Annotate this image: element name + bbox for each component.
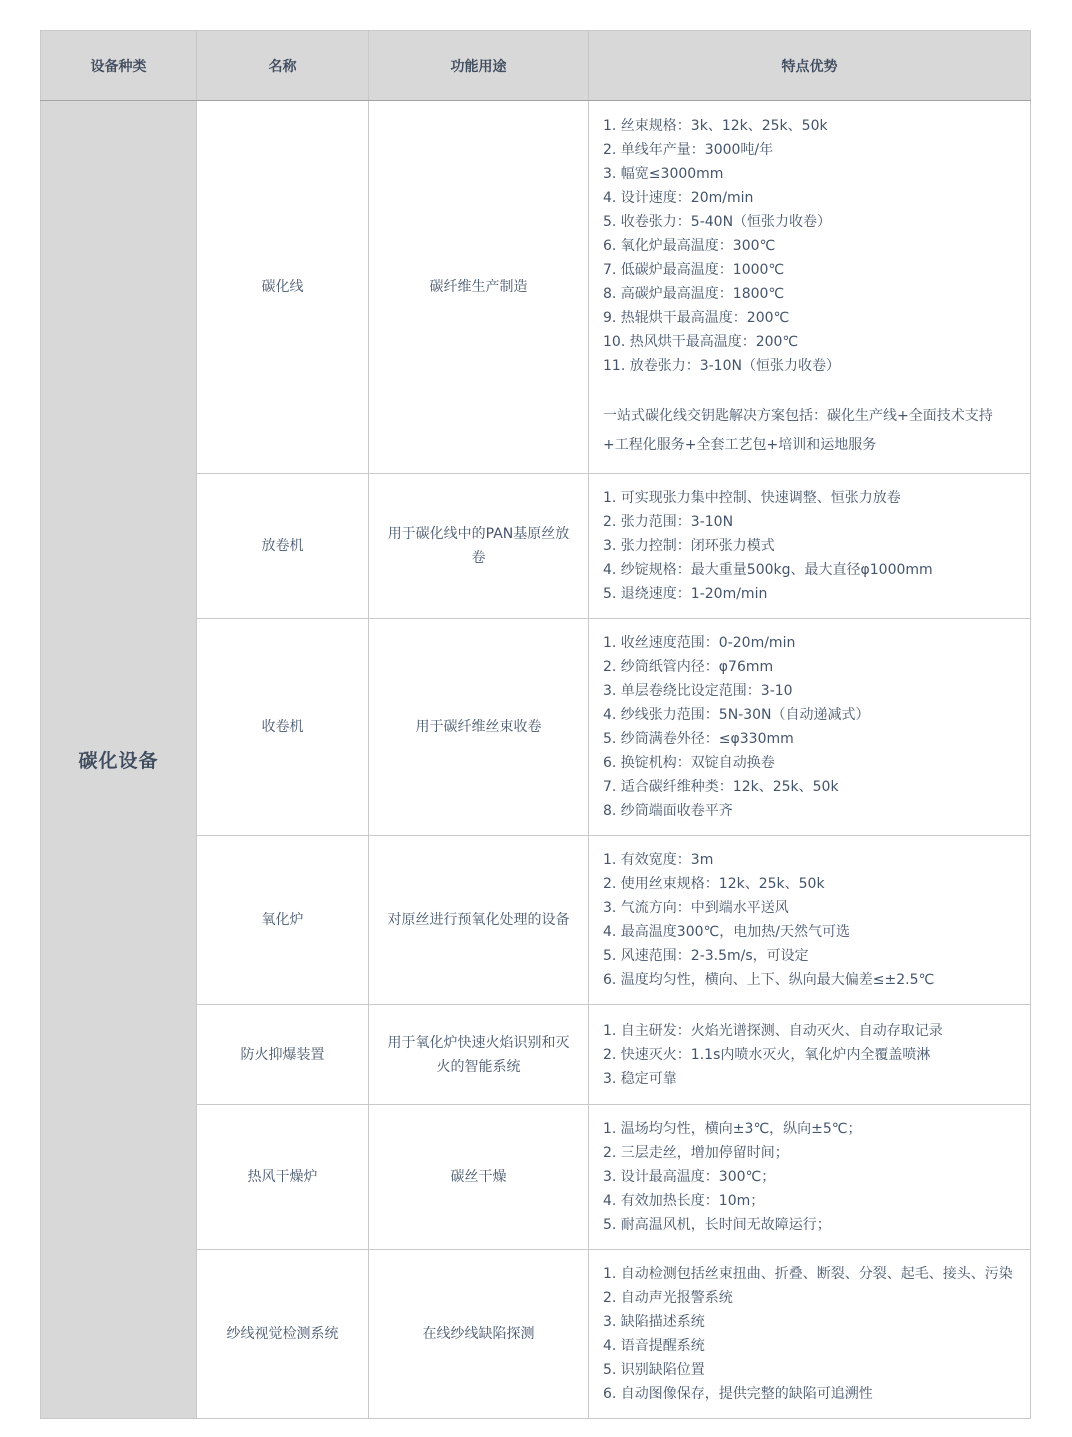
feature-line: 2. 纱筒纸管内径：φ76mm — [603, 655, 1016, 679]
equipment-name: 放卷机 — [197, 474, 369, 619]
feature-line: 5. 纱筒满卷外径：≤φ330mm — [603, 727, 1016, 751]
table-header: 设备种类 名称 功能用途 特点优势 — [41, 31, 1031, 101]
equipment-function: 碳丝干燥 — [369, 1105, 589, 1250]
feature-line: 7. 低碳炉最高温度：1000℃ — [603, 258, 1016, 282]
feature-line: 1. 收丝速度范围：0-20m/min — [603, 631, 1016, 655]
feature-line: 6. 氧化炉最高温度：300℃ — [603, 234, 1016, 258]
feature-line: 1. 自主研发：火焰光谱探测、自动灭火、自动存取记录 — [603, 1019, 1016, 1043]
feature-line: 1. 丝束规格：3k、12k、25k、50k — [603, 114, 1016, 138]
equipment-features: 1. 收丝速度范围：0-20m/min2. 纱筒纸管内径：φ76mm3. 单层卷… — [589, 619, 1031, 836]
equipment-features: 1. 可实现张力集中控制、快速调整、恒张力放卷2. 张力范围：3-10N3. 张… — [589, 474, 1031, 619]
equipment-features: 1. 有效宽度：3m2. 使用丝束规格：12k、25k、50k3. 气流方向：中… — [589, 836, 1031, 1005]
feature-line: 4. 语音提醒系统 — [603, 1334, 1016, 1358]
equipment-spec-table: 设备种类 名称 功能用途 特点优势 碳化设备碳化线 碳纤维生产制造 1. 丝束规… — [40, 30, 1031, 1419]
equipment-features: 1. 温场均匀性，横向±3℃，纵向±5℃；2. 三层走丝，增加停留时间；3. 设… — [589, 1105, 1031, 1250]
feature-line: 4. 设计速度：20m/min — [603, 186, 1016, 210]
feature-line: 2. 张力范围：3-10N — [603, 510, 1016, 534]
equipment-name: 热风干燥炉 — [197, 1105, 369, 1250]
feature-line: 10. 热风烘干最高温度：200℃ — [603, 330, 1016, 354]
category-cell: 碳化设备 — [41, 101, 197, 1419]
feature-line: 2. 单线年产量：3000吨/年 — [603, 138, 1016, 162]
equipment-features: 1. 丝束规格：3k、12k、25k、50k2. 单线年产量：3000吨/年3.… — [589, 101, 1031, 474]
equipment-features: 1. 自动检测包括丝束扭曲、折叠、断裂、分裂、起毛、接头、污染2. 自动声光报警… — [589, 1250, 1031, 1419]
feature-line: 3. 气流方向：中到端水平送风 — [603, 896, 1016, 920]
feature-note: 一站式碳化线交钥匙解决方案包括：碳化生产线+全面技术支持+工程化服务+全套工艺包… — [603, 402, 1016, 460]
header-name: 名称 — [197, 31, 369, 101]
feature-line: 1. 可实现张力集中控制、快速调整、恒张力放卷 — [603, 486, 1016, 510]
header-equipment-type: 设备种类 — [41, 31, 197, 101]
feature-line: 11. 放卷张力：3-10N（恒张力收卷） — [603, 354, 1016, 378]
feature-line: 1. 温场均匀性，横向±3℃，纵向±5℃； — [603, 1117, 1016, 1141]
equipment-name: 纱线视觉检测系统 — [197, 1250, 369, 1419]
feature-line: 8. 高碳炉最高温度：1800℃ — [603, 282, 1016, 306]
equipment-function: 用于碳化线中的PAN基原丝放卷 — [369, 474, 589, 619]
feature-line: 3. 设计最高温度：300℃； — [603, 1165, 1016, 1189]
equipment-features: 1. 自主研发：火焰光谱探测、自动灭火、自动存取记录2. 快速灭火：1.1s内喷… — [589, 1005, 1031, 1105]
feature-line: 1. 自动检测包括丝束扭曲、折叠、断裂、分裂、起毛、接头、污染 — [603, 1262, 1016, 1286]
feature-line: 4. 纱线张力范围：5N-30N（自动递减式） — [603, 703, 1016, 727]
feature-line: 8. 纱筒端面收卷平齐 — [603, 799, 1016, 823]
equipment-function: 对原丝进行预氧化处理的设备 — [369, 836, 589, 1005]
feature-line: 3. 单层卷绕比设定范围：3-10 — [603, 679, 1016, 703]
feature-line: 2. 自动声光报警系统 — [603, 1286, 1016, 1310]
feature-line: 2. 快速灭火：1.1s内喷水灭火，氧化炉内全覆盖喷淋 — [603, 1043, 1016, 1067]
feature-line: 5. 识别缺陷位置 — [603, 1358, 1016, 1382]
equipment-function: 在线纱线缺陷探测 — [369, 1250, 589, 1419]
feature-line: 9. 热辊烘干最高温度：200℃ — [603, 306, 1016, 330]
header-features: 特点优势 — [589, 31, 1031, 101]
feature-line: 5. 收卷张力：5-40N（恒张力收卷） — [603, 210, 1016, 234]
feature-line: 4. 最高温度300℃，电加热/天然气可选 — [603, 920, 1016, 944]
feature-line: 6. 换锭机构：双锭自动换卷 — [603, 751, 1016, 775]
header-function: 功能用途 — [369, 31, 589, 101]
feature-line: 4. 有效加热长度：10m； — [603, 1189, 1016, 1213]
table-body: 碳化设备碳化线 碳纤维生产制造 1. 丝束规格：3k、12k、25k、50k2.… — [41, 101, 1031, 1419]
feature-line: 1. 有效宽度：3m — [603, 848, 1016, 872]
feature-line: 6. 自动图像保存，提供完整的缺陷可追溯性 — [603, 1382, 1016, 1406]
equipment-function: 碳纤维生产制造 — [369, 101, 589, 474]
feature-line: 3. 张力控制：闭环张力模式 — [603, 534, 1016, 558]
table-row: 碳化设备碳化线 碳纤维生产制造 1. 丝束规格：3k、12k、25k、50k2.… — [41, 101, 1031, 474]
feature-line: 5. 退绕速度：1-20m/min — [603, 582, 1016, 606]
equipment-function: 用于氧化炉快速火焰识别和灭火的智能系统 — [369, 1005, 589, 1105]
equipment-name: 防火抑爆装置 — [197, 1005, 369, 1105]
feature-line: 3. 幅宽≤3000mm — [603, 162, 1016, 186]
feature-line: 5. 风速范围：2-3.5m/s，可设定 — [603, 944, 1016, 968]
feature-line: 5. 耐高温风机，长时间无故障运行； — [603, 1213, 1016, 1237]
feature-line: 4. 纱锭规格：最大重量500kg、最大直径φ1000mm — [603, 558, 1016, 582]
feature-line: 3. 稳定可靠 — [603, 1067, 1016, 1091]
header-row: 设备种类 名称 功能用途 特点优势 — [41, 31, 1031, 101]
page: 设备种类 名称 功能用途 特点优势 碳化设备碳化线 碳纤维生产制造 1. 丝束规… — [0, 30, 1072, 1437]
feature-line: 3. 缺陷描述系统 — [603, 1310, 1016, 1334]
equipment-name: 碳化线 — [197, 101, 369, 474]
equipment-name: 收卷机 — [197, 619, 369, 836]
feature-line: 2. 使用丝束规格：12k、25k、50k — [603, 872, 1016, 896]
equipment-name: 氧化炉 — [197, 836, 369, 1005]
feature-line: 2. 三层走丝，增加停留时间； — [603, 1141, 1016, 1165]
feature-line: 7. 适合碳纤维种类：12k、25k、50k — [603, 775, 1016, 799]
feature-line: 6. 温度均匀性，横向、上下、纵向最大偏差≤±2.5℃ — [603, 968, 1016, 992]
equipment-function: 用于碳纤维丝束收卷 — [369, 619, 589, 836]
